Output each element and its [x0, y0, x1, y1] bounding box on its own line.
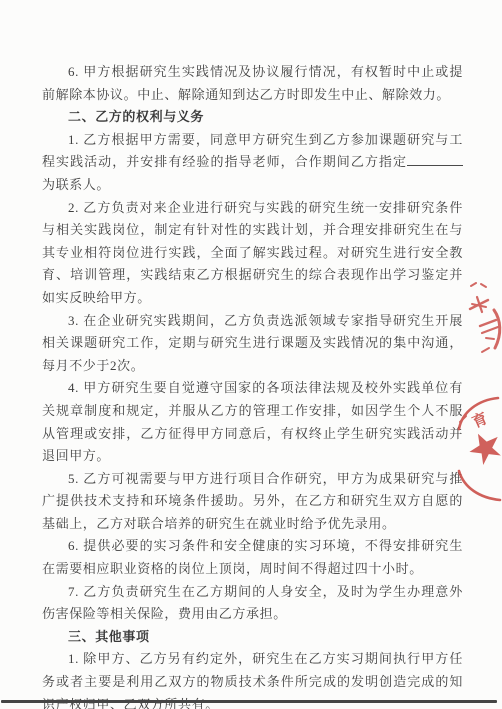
- contract-clause: 5. 乙方可视需要与甲方进行项目合作研究，甲方为成果研究与推广提供技术支持和环境…: [42, 468, 463, 536]
- seal-character: 育: [469, 409, 490, 432]
- seal-stroke: [477, 297, 482, 312]
- scanned-page: 6. 甲方根据研究生实践情况及协议履行情况，有权暂时中止或提前解除本协议。中止、…: [0, 0, 502, 709]
- page-bottom-edge: [1, 700, 497, 703]
- seal-stroke: [480, 320, 496, 326]
- seal-stroke: [482, 348, 489, 352]
- seal-stroke: [482, 327, 498, 333]
- contract-clause: 4. 甲方研究生要自觉遵守国家的各项法律法规及校外实践单位有关规章制度和规定，并…: [42, 377, 463, 467]
- contract-clause: 1. 乙方根据甲方需要，同意甲方研究生到乙方参加课题研究与工程实践活动，并安排有…: [42, 129, 463, 197]
- contract-clause: 3. 在企业研究实践期间，乙方负责选派领域专家指导研究生开展相关课题研究工作，定…: [42, 310, 463, 378]
- contract-clause: 6. 甲方根据研究生实践情况及协议履行情况，有权暂时中止或提前解除本协议。中止、…: [42, 61, 463, 106]
- contract-clause: 2. 乙方负责对来企业进行研究与实践的研究生统一安排研究条件与相关实践岗位，制定…: [42, 197, 463, 310]
- contract-text-block: 6. 甲方根据研究生实践情况及协议履行情况，有权暂时中止或提前解除本协议。中止、…: [42, 61, 463, 709]
- seal-star: [464, 426, 502, 468]
- section-heading-party-b-rights: 二、乙方的权利与义务: [42, 106, 463, 129]
- seal-border-arc-top: [459, 398, 498, 429]
- section-heading-other-matters: 三、其他事项: [42, 626, 463, 649]
- seal-stroke: [481, 284, 486, 287]
- seal-stroke: [470, 300, 488, 309]
- seal-border-arc-bottom: [459, 471, 500, 500]
- seal-stroke: [472, 304, 486, 307]
- contract-clause: 6. 提供必要的实习条件和安全健康的实习环境，不得安排研究生在需要相应职业资格的…: [42, 535, 463, 580]
- seal-stroke: [486, 338, 494, 339]
- clause-text-before-blank: 1. 乙方根据甲方需要，同意甲方研究生到乙方参加课题研究与工程实践活动，并安排有…: [42, 132, 463, 170]
- fill-in-blank: [407, 155, 463, 166]
- contract-clause: 7. 乙方负责研究生在乙方期间的人身安全，及时为学生办理意外伤害保险等相关保险，…: [42, 581, 463, 626]
- clause-text-after-blank: 为联系人。: [42, 177, 110, 192]
- seal-stroke: [471, 283, 476, 286]
- seal-border-arc: [494, 310, 500, 348]
